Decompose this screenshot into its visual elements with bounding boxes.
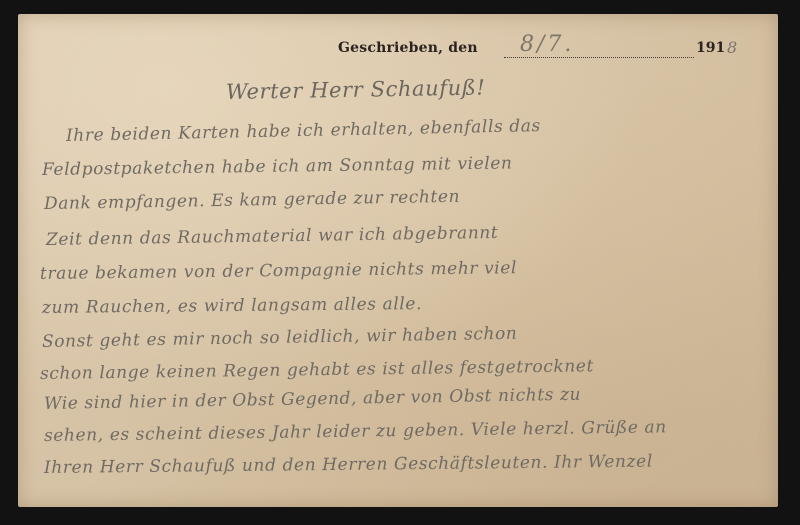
- letter-line: Dank empfangen. Es kam gerade zur rechte…: [44, 187, 460, 214]
- handwritten-date: 8/7.: [520, 32, 574, 57]
- scan-background: Geschrieben, den 8/7. 191 8 Werter Herr …: [0, 0, 800, 525]
- letter-line: Zeit denn das Rauchmaterial war ich abge…: [46, 223, 499, 250]
- letter-line: zum Rauchen, es wird langsam alles alle.: [42, 294, 422, 318]
- letter-line: Ihre beiden Karten habe ich erhalten, eb…: [66, 116, 541, 146]
- letter-line: sehen, es scheint dieses Jahr leider zu …: [44, 417, 667, 446]
- postcard-header: Geschrieben, den 8/7. 191 8: [338, 38, 768, 64]
- letter-line: Ihren Herr Schaufuß und den Herren Gesch…: [44, 452, 653, 478]
- handwritten-year-digit: 8: [727, 38, 737, 57]
- postcard: Geschrieben, den 8/7. 191 8 Werter Herr …: [18, 14, 778, 507]
- date-dotted-line: [504, 57, 694, 58]
- printed-year-prefix: 191: [696, 40, 725, 56]
- printed-date-label: Geschrieben, den: [338, 40, 478, 56]
- letter-line: schon lange keinen Regen gehabt es ist a…: [40, 356, 594, 384]
- letter-line: Wie sind hier in der Obst Gegend, aber v…: [44, 385, 581, 414]
- letter-line: Feldpostpaketchen habe ich am Sonntag mi…: [42, 153, 513, 180]
- letter-salutation: Werter Herr Schaufuß!: [226, 75, 486, 104]
- letter-line: Sonst geht es mir noch so leidlich, wir …: [42, 324, 518, 352]
- letter-line: traue bekamen von der Compagnie nichts m…: [40, 258, 517, 284]
